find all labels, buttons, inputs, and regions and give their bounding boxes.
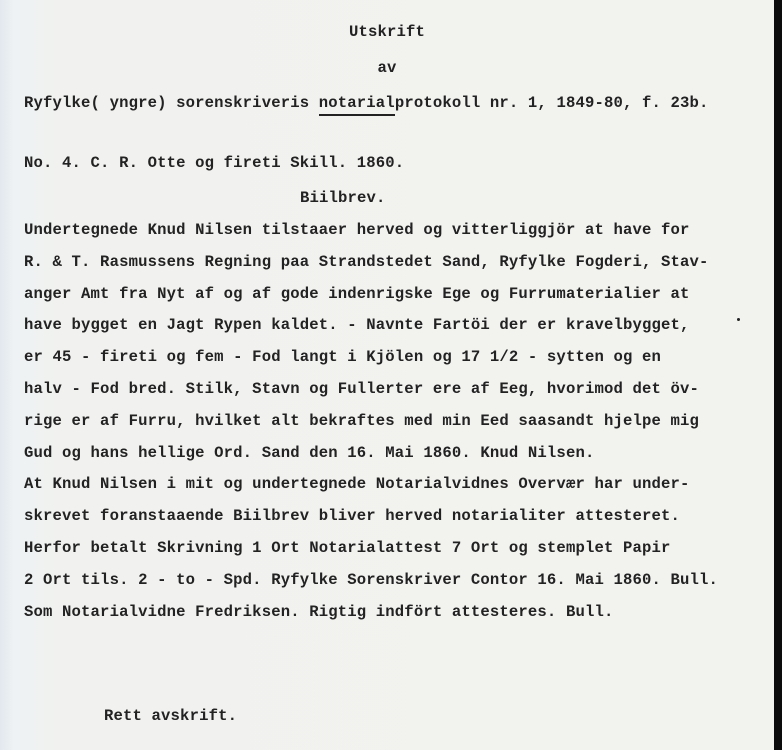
body-line: skrevet foranstaaende Biilbrev bliver he… — [24, 506, 680, 526]
body-line: Gud og hans hellige Ord. Sand den 16. Ma… — [24, 443, 594, 463]
scan-border — [774, 0, 782, 750]
body-line: er 45 - fireti og fem - Fod langt i Kjöl… — [24, 347, 661, 367]
body-line: halv - Fod bred. Stilk, Stavn og Fullert… — [24, 379, 699, 399]
document-title: Utskrift — [0, 22, 774, 42]
entry-header: No. 4. C. R. Otte og fireti Skill. 1860. — [24, 153, 404, 173]
entry-title: Biilbrev. — [300, 188, 386, 208]
body-line: 2 Ort tils. 2 - to - Spd. Ryfylke Sorens… — [24, 570, 718, 590]
body-line: rige er af Furru, hvilket alt bekraftes … — [24, 411, 699, 431]
body-line: Herfor betalt Skrivning 1 Ort Notarialat… — [24, 538, 671, 558]
body-line: R. & T. Rasmussens Regning paa Strandste… — [24, 252, 709, 272]
body-line: Undertegnede Knud Nilsen tilstaaer herve… — [24, 220, 690, 240]
document-title-of: av — [0, 58, 774, 78]
source-underlined-word: notarial — [319, 94, 395, 116]
closing-certification: Rett avskrift. — [104, 706, 237, 726]
source-prefix: Ryfylke( yngre) sorenskriveris — [24, 94, 319, 112]
body-line: anger Amt fra Nyt af og af gode indenrig… — [24, 284, 690, 304]
body-line: Som Notarialvidne Fredriksen. Rigtig ind… — [24, 602, 613, 622]
ink-speck — [737, 318, 740, 321]
body-line: have bygget en Jagt Rypen kaldet. - Navn… — [24, 315, 690, 335]
source-suffix: protokoll nr. 1, 1849-80, f. 23b. — [395, 94, 709, 112]
source-reference: Ryfylke( yngre) sorenskriveris notarialp… — [24, 93, 709, 113]
body-line: At Knud Nilsen i mit og undertegnede Not… — [24, 474, 690, 494]
document-page: Utskrift av Ryfylke( yngre) sorenskriver… — [0, 0, 774, 750]
